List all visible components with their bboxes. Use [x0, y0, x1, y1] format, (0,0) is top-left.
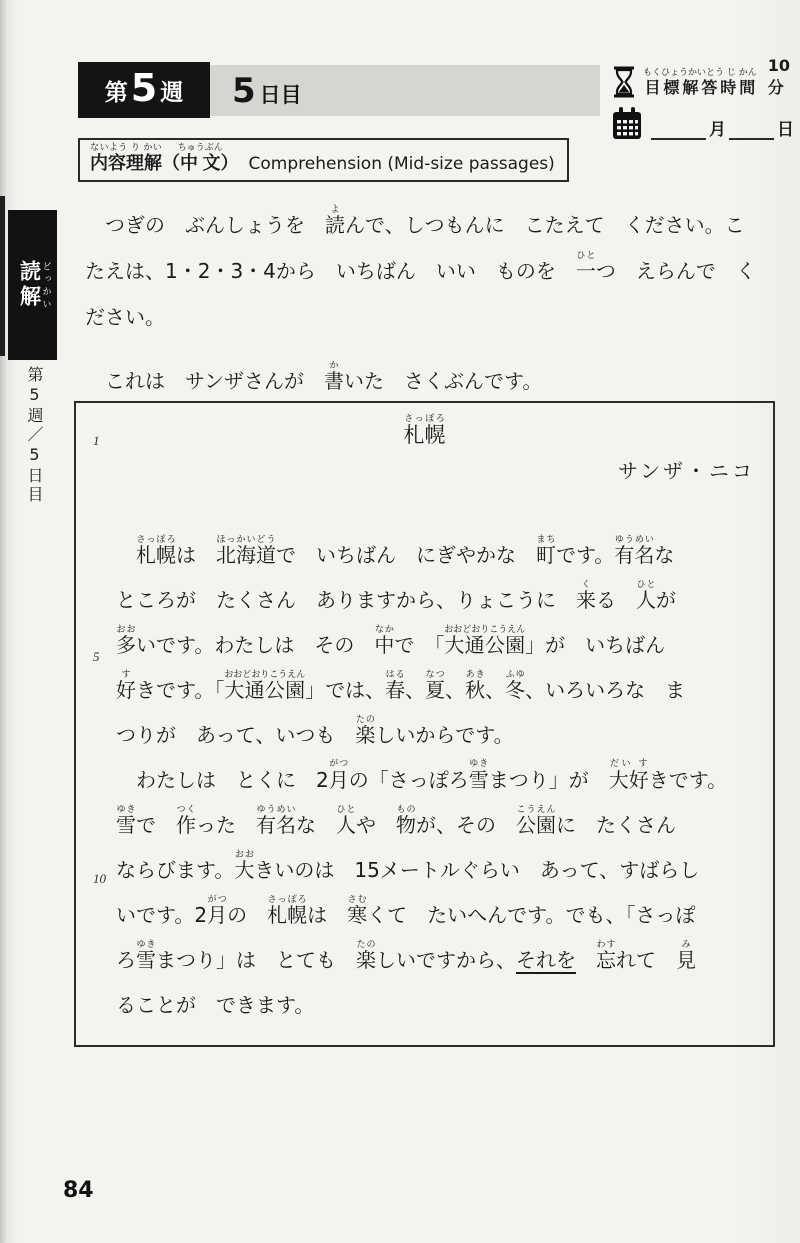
day-banner: 5 日目 — [210, 65, 600, 116]
text-line: わたしは とくに 2月がつの「さっぽろ雪ゆきまつり」が 大好だい すきです。 — [116, 758, 755, 803]
section-label-jp: 内容理解ないよう り かい（中文ちゅうぶん） — [90, 143, 239, 175]
week-prefix: 第 — [105, 74, 128, 107]
week-badge: 第 5 週 — [78, 62, 210, 118]
text-line: たえは、1・2・3・4から いちばん いい ものを 一ひとつ えらんで く — [85, 248, 756, 294]
target-time-value: 10分 — [764, 56, 800, 98]
day-blank[interactable] — [729, 124, 774, 140]
header: 第 5 週 5 日目 — [78, 62, 600, 118]
intro-line: これは サンザさんが 書かいた さくぶんです。 — [85, 360, 542, 402]
text-line: 多おおいです。わたしは その 中なかで 「大通公園おおどおりこうえん」が いちば… — [116, 623, 755, 668]
line-number-1: 1 — [93, 433, 100, 449]
page-number: 84 — [63, 1178, 94, 1203]
day-suffix: 日目 — [260, 73, 302, 109]
week-suffix: 週 — [160, 74, 183, 107]
section-label: 内容理解ないよう り かい（中文ちゅうぶん） Comprehension (Mi… — [78, 138, 569, 182]
text-line: 好すきです。「大通公園おおどおりこうえん」では、春はる、夏なつ、秋あき、冬ふゆ、… — [116, 668, 755, 713]
target-time-row: 目標解答時間もくひょうかいとう じ かん 10分 — [612, 56, 800, 98]
header-info: 目標解答時間もくひょうかいとう じ かん 10分 月 日 — [612, 56, 800, 140]
text-line: つぎの ぶんしょうを 読よんで、しつもんに こたえて ください。こ — [85, 202, 756, 248]
text-line: ろ雪ゆきまつり」は とても 楽たのしいですから、それを 忘わすれて 見み — [116, 938, 755, 983]
month-label: 月 — [709, 122, 726, 139]
sidebar-location-label: 第5週／5日目 — [23, 366, 46, 505]
week-number: 5 — [131, 69, 157, 107]
passage-body: 札幌さっぽろは 北海道ほっかいどうで いちばん にぎやかな 町まちです。有名ゆう… — [116, 533, 755, 1028]
text-line: 札幌さっぽろは 北海道ほっかいどうで いちばん にぎやかな 町まちです。有名ゆう… — [116, 533, 755, 578]
line-number-5: 5 — [93, 649, 100, 665]
text-line: ならびます。大おおきいのは 15メートルぐらい あって、すばらし — [116, 848, 755, 893]
page-gutter-shadow — [0, 196, 5, 356]
passage-title: 札幌さっぽろ — [76, 403, 773, 455]
sidebar-tab-reading: 読解どっかい — [8, 210, 57, 360]
text-line: 雪ゆきで 作つくった 有名ゆうめいな 人ひとや 物ものが、その 公園こうえんに … — [116, 803, 755, 848]
passage-author: サンザ・ニコ — [76, 455, 773, 499]
day-number: 5 — [232, 74, 256, 108]
text-line: ることが できます。 — [116, 983, 755, 1028]
calendar-icon — [612, 107, 642, 140]
passage-box: 1 5 10 札幌さっぽろ サンザ・ニコ 札幌さっぽろは 北海道ほっかいどうで … — [74, 401, 775, 1047]
month-blank[interactable] — [651, 124, 706, 140]
hourglass-icon — [612, 66, 636, 98]
instructions: つぎの ぶんしょうを 読よんで、しつもんに こたえて ください。こたえは、1・2… — [85, 202, 756, 340]
section-label-en: Comprehension (Mid-size passages) — [249, 154, 555, 175]
line-number-10: 10 — [93, 871, 106, 887]
target-time-label: 目標解答時間もくひょうかいとう じ かん — [643, 68, 757, 98]
text-line: ところが たくさん ありますから、りょこうに 来くる 人ひとが — [116, 578, 755, 623]
date-row: 月 日 — [612, 107, 800, 140]
day-label: 日 — [777, 122, 794, 139]
text-line: いです。2月がつの 札幌さっぽろは 寒さむくて たいへんです。でも、「さっぽ — [116, 893, 755, 938]
sidebar-tab-label: 読解どっかい — [15, 260, 51, 310]
textbook-page: 第 5 週 5 日目 目標解答時間もくひょうかいとう じ かん 10分 — [0, 0, 800, 1243]
text-line: ださい。 — [85, 294, 756, 340]
text-line: つりが あって、いつも 楽たのしいからです。 — [116, 713, 755, 758]
